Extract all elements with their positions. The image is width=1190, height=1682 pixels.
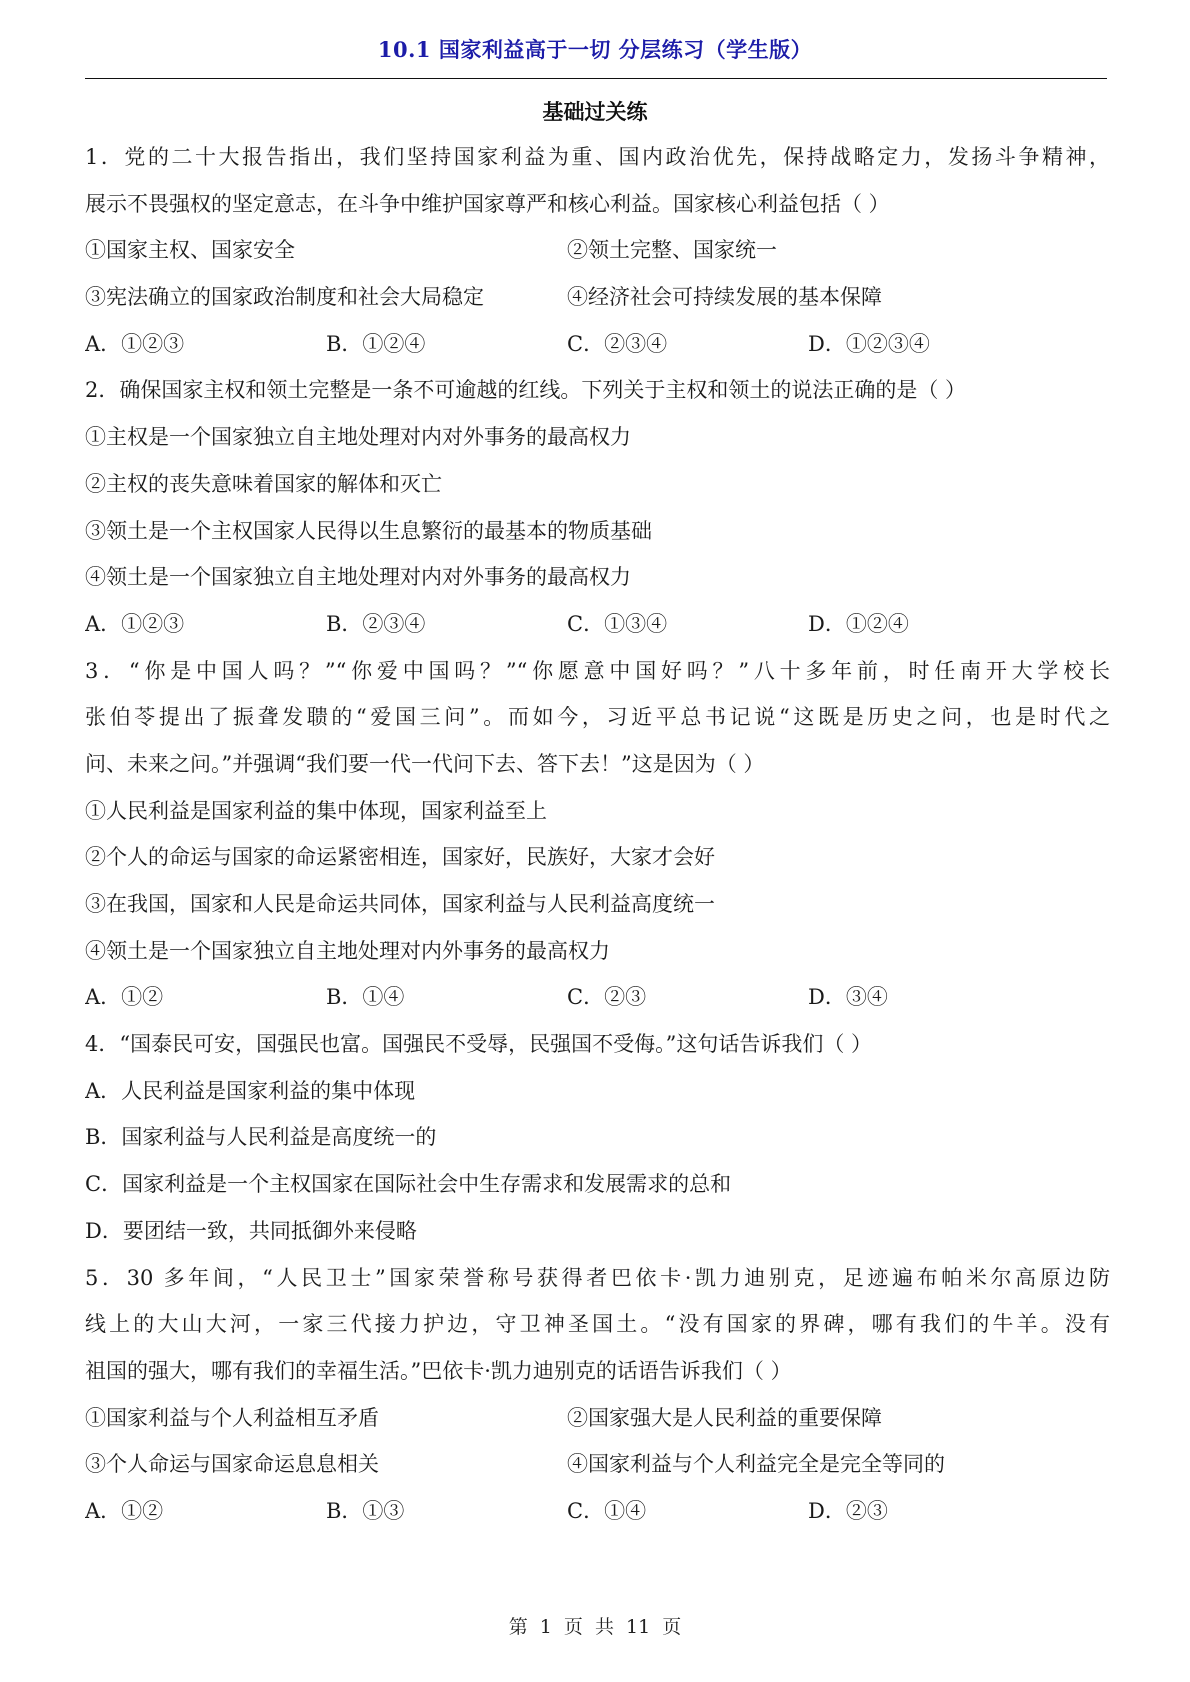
question-stem: 问、未来之问。”并强调“我们要一代一代问下去、答下去！”这是因为（ ）	[85, 741, 1110, 788]
item-row: ①国家利益与个人利益相互矛盾②国家强大是人民利益的重要保障	[85, 1395, 1110, 1442]
statement-item: ③宪法确立的国家政治制度和社会大局稳定	[85, 274, 567, 321]
page-number: 第 1 页 共 11 页	[0, 1612, 1190, 1639]
question-stem: 4．“国泰民可安，国强民也富。国强民不受辱，民强国不受侮。”这句话告诉我们（ ）	[85, 1021, 1110, 1068]
question-list: 1．党的二十大报告指出，我们坚持国家利益为重、国内政治优先，保持战略定力，发扬斗…	[85, 134, 1110, 1535]
answer-option-b: B．①③	[326, 1488, 567, 1535]
question-stem: 1．党的二十大报告指出，我们坚持国家利益为重、国内政治优先，保持战略定力，发扬斗…	[85, 134, 1110, 181]
answer-option-d: D．要团结一致，共同抵御外来侵略	[85, 1208, 1110, 1255]
item-row: ③个人命运与国家命运息息相关④国家利益与个人利益完全是完全等同的	[85, 1441, 1110, 1488]
answer-option-b: B．①④	[326, 974, 567, 1021]
question-stem: 5．30 多年间，“人民卫士”国家荣誉称号获得者巴依卡·凯力迪别克，足迹遍布帕米…	[85, 1255, 1110, 1302]
answer-option-c: C．①③④	[567, 601, 808, 648]
answer-option-a: A．①②③	[85, 601, 326, 648]
question-stem: 展示不畏强权的坚定意志，在斗争中维护国家尊严和核心利益。国家核心利益包括（ ）	[85, 181, 1110, 228]
answer-option-d: D．①②④	[808, 601, 1049, 648]
answer-option-c: C．国家利益是一个主权国家在国际社会中生存需求和发展需求的总和	[85, 1161, 1110, 1208]
statement-item: ②国家强大是人民利益的重要保障	[567, 1395, 1049, 1442]
option-row: A．①②③B．①②④C．②③④D．①②③④	[85, 321, 1110, 368]
question-3: 3．“你是中国人吗？”“你爱中国吗？”“你愿意中国好吗？”八十多年前，时任南开大…	[85, 648, 1110, 1022]
answer-option-b: B．国家利益与人民利益是高度统一的	[85, 1114, 1110, 1161]
question-4: 4．“国泰民可安，国强民也富。国强民不受辱，民强国不受侮。”这句话告诉我们（ ）…	[85, 1021, 1110, 1254]
answer-option-a: A．①②	[85, 974, 326, 1021]
document-page: 10.1 国家利益高于一切 分层练习（学生版） 基础过关练 1．党的二十大报告指…	[0, 0, 1190, 1682]
statement-item: ①主权是一个国家独立自主地处理对内对外事务的最高权力	[85, 414, 1110, 461]
statement-item: ④经济社会可持续发展的基本保障	[567, 274, 1049, 321]
statement-item: ④领土是一个国家独立自主地处理对内外事务的最高权力	[85, 928, 1110, 975]
statement-item: ②主权的丧失意味着国家的解体和灭亡	[85, 461, 1110, 508]
option-row: A．①②③B．②③④C．①③④D．①②④	[85, 601, 1110, 648]
answer-option-d: D．②③	[808, 1488, 1049, 1535]
answer-option-a: A．①②	[85, 1488, 326, 1535]
question-2: 2．确保国家主权和领土完整是一条不可逾越的红线。下列关于主权和领土的说法正确的是…	[85, 367, 1110, 647]
statement-item: ③在我国，国家和人民是命运共同体，国家利益与人民利益高度统一	[85, 881, 1110, 928]
question-1: 1．党的二十大报告指出，我们坚持国家利益为重、国内政治优先，保持战略定力，发扬斗…	[85, 134, 1110, 367]
statement-item: ①国家主权、国家安全	[85, 227, 567, 274]
question-stem: 3．“你是中国人吗？”“你爱中国吗？”“你愿意中国好吗？”八十多年前，时任南开大…	[85, 648, 1110, 695]
answer-option-c: C．①④	[567, 1488, 808, 1535]
answer-option-d: D．③④	[808, 974, 1049, 1021]
statement-item: ③领土是一个主权国家人民得以生息繁衍的最基本的物质基础	[85, 508, 1110, 555]
question-stem: 2．确保国家主权和领土完整是一条不可逾越的红线。下列关于主权和领土的说法正确的是…	[85, 367, 1110, 414]
item-row: ①国家主权、国家安全②领土完整、国家统一	[85, 227, 1110, 274]
statement-item: ①人民利益是国家利益的集中体现，国家利益至上	[85, 788, 1110, 835]
option-row: A．①②B．①④C．②③D．③④	[85, 974, 1110, 1021]
statement-item: ③个人命运与国家命运息息相关	[85, 1441, 567, 1488]
answer-option-d: D．①②③④	[808, 321, 1049, 368]
option-row: A．①②B．①③C．①④D．②③	[85, 1488, 1110, 1535]
question-stem: 张伯苓提出了振聋发聩的“爱国三问”。而如今，习近平总书记说“这既是历史之问，也是…	[85, 694, 1110, 741]
statement-item: ④国家利益与个人利益完全是完全等同的	[567, 1441, 1049, 1488]
statement-item: ④领土是一个国家独立自主地处理对内对外事务的最高权力	[85, 554, 1110, 601]
answer-option-a: A．①②③	[85, 321, 326, 368]
statement-item: ①国家利益与个人利益相互矛盾	[85, 1395, 567, 1442]
question-stem: 线上的大山大河，一家三代接力护边，守卫神圣国土。“没有国家的界碑，哪有我们的牛羊…	[85, 1301, 1110, 1348]
header-divider	[85, 78, 1107, 79]
answer-option-b: B．②③④	[326, 601, 567, 648]
answer-option-c: C．②③	[567, 974, 808, 1021]
answer-option-a: A．人民利益是国家利益的集中体现	[85, 1068, 1110, 1115]
section-title: 基础过关练	[0, 96, 1190, 126]
item-row: ③宪法确立的国家政治制度和社会大局稳定④经济社会可持续发展的基本保障	[85, 274, 1110, 321]
document-title: 10.1 国家利益高于一切 分层练习（学生版）	[0, 34, 1190, 64]
question-5: 5．30 多年间，“人民卫士”国家荣誉称号获得者巴依卡·凯力迪别克，足迹遍布帕米…	[85, 1255, 1110, 1535]
statement-item: ②个人的命运与国家的命运紧密相连，国家好，民族好，大家才会好	[85, 834, 1110, 881]
statement-item: ②领土完整、国家统一	[567, 227, 1049, 274]
answer-option-b: B．①②④	[326, 321, 567, 368]
answer-option-c: C．②③④	[567, 321, 808, 368]
question-stem: 祖国的强大，哪有我们的幸福生活。”巴依卡·凯力迪别克的话语告诉我们（ ）	[85, 1348, 1110, 1395]
